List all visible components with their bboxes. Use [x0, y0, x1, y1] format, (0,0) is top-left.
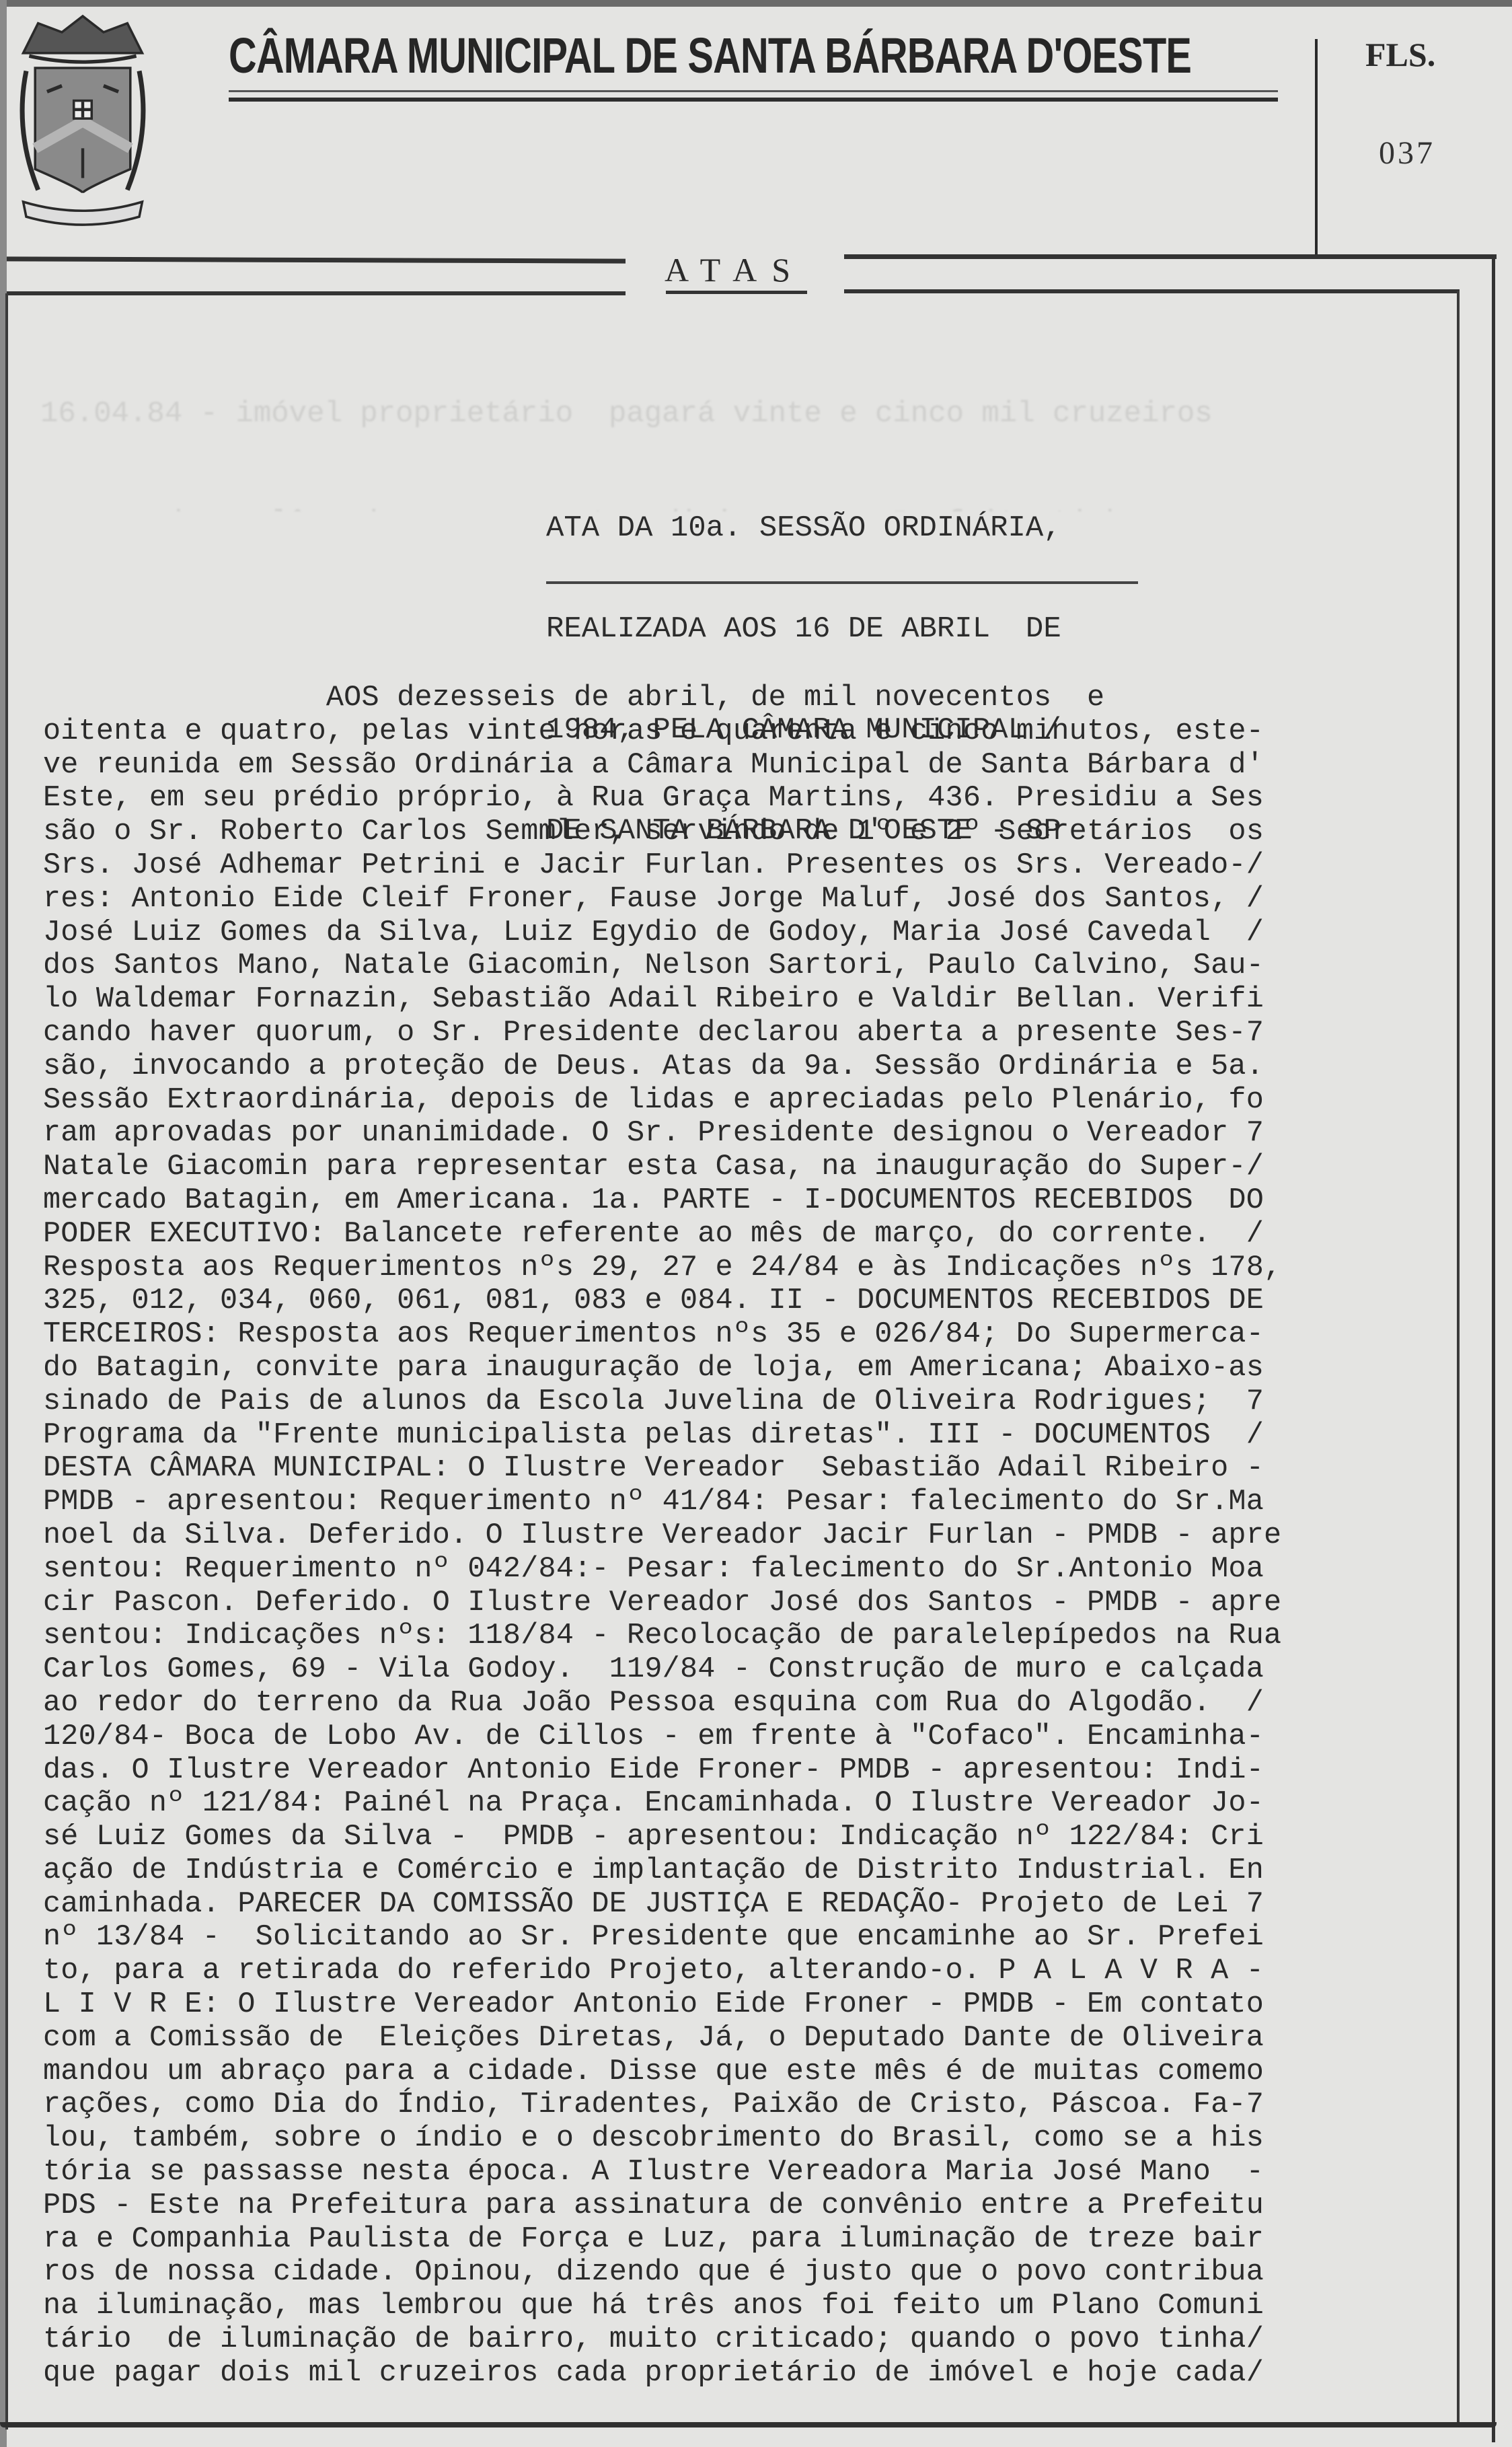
minutes-line: sé Luiz Gomes da Silva - PMDB - apresent…: [43, 1821, 1456, 1854]
header-rule-thick: [229, 98, 1278, 102]
minutes-line: tória se passasse nesta época. A Ilustre…: [43, 2156, 1456, 2189]
scan-top-edge: [0, 0, 1512, 7]
minutes-line: DESTA CÂMARA MUNICIPAL: O Ilustre Veread…: [43, 1452, 1456, 1486]
minutes-line: cir Pascon. Deferido. O Ilustre Vereador…: [43, 1586, 1456, 1620]
folio-number: 037: [1379, 135, 1435, 172]
minutes-line: Resposta aos Requerimentos nºs 29, 27 e …: [43, 1251, 1456, 1285]
session-heading-line: REALIZADA AOS 16 DE ABRIL DE: [546, 612, 1151, 646]
minutes-line: dos Santos Mano, Natale Giacomin, Nelson…: [43, 949, 1456, 983]
minutes-line: José Luiz Gomes da Silva, Luiz Egydio de…: [43, 916, 1456, 950]
frame-rule: [7, 256, 626, 263]
frame-border-inner: [1457, 291, 1460, 2427]
minutes-line: ros de nossa cidade. Opinou, dizendo que…: [43, 2256, 1456, 2290]
section-title: ATAS: [665, 250, 805, 289]
minutes-line: Este, em seu prédio próprio, à Rua Graça…: [43, 782, 1456, 815]
minutes-line: 325, 012, 034, 060, 061, 081, 083 e 084.…: [43, 1284, 1456, 1318]
minutes-line: to, para a retirada do referido Projeto,…: [43, 1955, 1456, 1988]
minutes-line: com a Comissão de Eleições Diretas, Já, …: [43, 2022, 1456, 2055]
minutes-body: AOS dezesseis de abril, de mil novecento…: [43, 682, 1456, 2390]
minutes-line: ve reunida em Sessão Ordinária a Câmara …: [43, 749, 1456, 782]
minutes-line: 120/84- Boca de Lobo Av. de Cillos - em …: [43, 1720, 1456, 1754]
minutes-line: cando haver quorum, o Sr. Presidente dec…: [43, 1017, 1456, 1050]
minutes-line: sinado de Pais de alunos da Escola Juvel…: [43, 1385, 1456, 1419]
minutes-line: que pagar dois mil cruzeiros cada propri…: [43, 2357, 1456, 2390]
session-heading-line: ATA DA 10a. SESSÃO ORDINÁRIA,: [546, 511, 1151, 545]
minutes-line: mandou um abraço para a cidade. Disse qu…: [43, 2055, 1456, 2089]
frame-border-outer: [1492, 256, 1495, 2442]
minutes-line: caminhada. PARECER DA COMISSÃO DE JUSTIÇ…: [43, 1888, 1456, 1922]
minutes-line: lou, também, sobre o índio e o descobrim…: [43, 2122, 1456, 2156]
frame-border-left: [5, 293, 8, 2430]
minutes-line: PMDB - apresentou: Requerimento nº 41/84…: [43, 1486, 1456, 1519]
frame-rule: [844, 289, 1460, 293]
minutes-line: ao redor do terreno da Rua João Pessoa e…: [43, 1687, 1456, 1720]
institution-title: CÂMARA MUNICIPAL DE SANTA BÁRBARA D'OEST…: [229, 27, 1047, 84]
minutes-line: ação de Indústria e Comércio e implantaç…: [43, 1854, 1456, 1888]
minutes-line: na iluminação, mas lembrou que há três a…: [43, 2290, 1456, 2323]
minutes-line: rações, como Dia do Índio, Tiradentes, P…: [43, 2088, 1456, 2122]
minutes-line: Srs. José Adhemar Petrini e Jacir Furlan…: [43, 849, 1456, 883]
minutes-line: AOS dezesseis de abril, de mil novecento…: [43, 682, 1456, 715]
minutes-line: PODER EXECUTIVO: Balancete referente ao …: [43, 1218, 1456, 1251]
minutes-line: res: Antonio Eide Cleif Froner, Fause Jo…: [43, 883, 1456, 916]
frame-bottom-rule: [0, 2422, 1497, 2427]
minutes-line: nº 13/84 - Solicitando ao Sr. Presidente…: [43, 1921, 1456, 1955]
minutes-line: sentou: Requerimento nº 042/84:- Pesar: …: [43, 1553, 1456, 1586]
minutes-line: L I V R E: O Ilustre Vereador Antonio Ei…: [43, 1988, 1456, 2022]
minutes-line: TERCEIROS: Resposta aos Requerimentos nº…: [43, 1318, 1456, 1352]
folio-divider: [1315, 39, 1318, 256]
minutes-line: do Batagin, convite para inauguração de …: [43, 1352, 1456, 1385]
minutes-line: oitenta e quatro, pelas vinte horas e qu…: [43, 715, 1456, 749]
minutes-line: cação nº 121/84: Painél na Praça. Encami…: [43, 1787, 1456, 1821]
minutes-line: lo Waldemar Fornazin, Sebastião Adail Ri…: [43, 983, 1456, 1017]
minutes-line: PDS - Este na Prefeitura para assinatura…: [43, 2189, 1456, 2223]
minutes-line: ra e Companhia Paulista de Força e Luz, …: [43, 2223, 1456, 2257]
coat-of-arms-icon: [5, 0, 160, 249]
session-heading-underline: [546, 581, 1138, 584]
minutes-line: ram aprovadas por unanimidade. O Sr. Pre…: [43, 1117, 1456, 1151]
minutes-line: Programa da "Frente municipalista pelas …: [43, 1419, 1456, 1453]
minutes-line: Natale Giacomin para representar esta Ca…: [43, 1151, 1456, 1184]
frame-rule: [844, 254, 1497, 259]
bleed-line: 16.04.84 - imóvel proprietário pagará vi…: [40, 396, 1439, 432]
minutes-line: são o Sr. Roberto Carlos Semmler, servin…: [43, 815, 1456, 849]
minutes-line: noel da Silva. Deferido. O Ilustre Verea…: [43, 1519, 1456, 1553]
header-rule: [229, 90, 1278, 92]
minutes-line: tário de iluminação de bairro, muito cri…: [43, 2323, 1456, 2357]
folio-label: FLS.: [1365, 35, 1435, 74]
minutes-line: são, invocando a proteção de Deus. Atas …: [43, 1050, 1456, 1084]
minutes-line: sentou: Indicações nºs: 118/84 - Recoloc…: [43, 1619, 1456, 1653]
minutes-line: Sessão Extraordinária, depois de lidas e…: [43, 1084, 1456, 1118]
section-title-underline: [666, 291, 807, 294]
minutes-line: Carlos Gomes, 69 - Vila Godoy. 119/84 - …: [43, 1653, 1456, 1687]
frame-rule: [7, 291, 626, 295]
minutes-line: mercado Batagin, em Americana. 1a. PARTE…: [43, 1184, 1456, 1218]
minutes-line: das. O Ilustre Vereador Antonio Eide Fro…: [43, 1754, 1456, 1788]
